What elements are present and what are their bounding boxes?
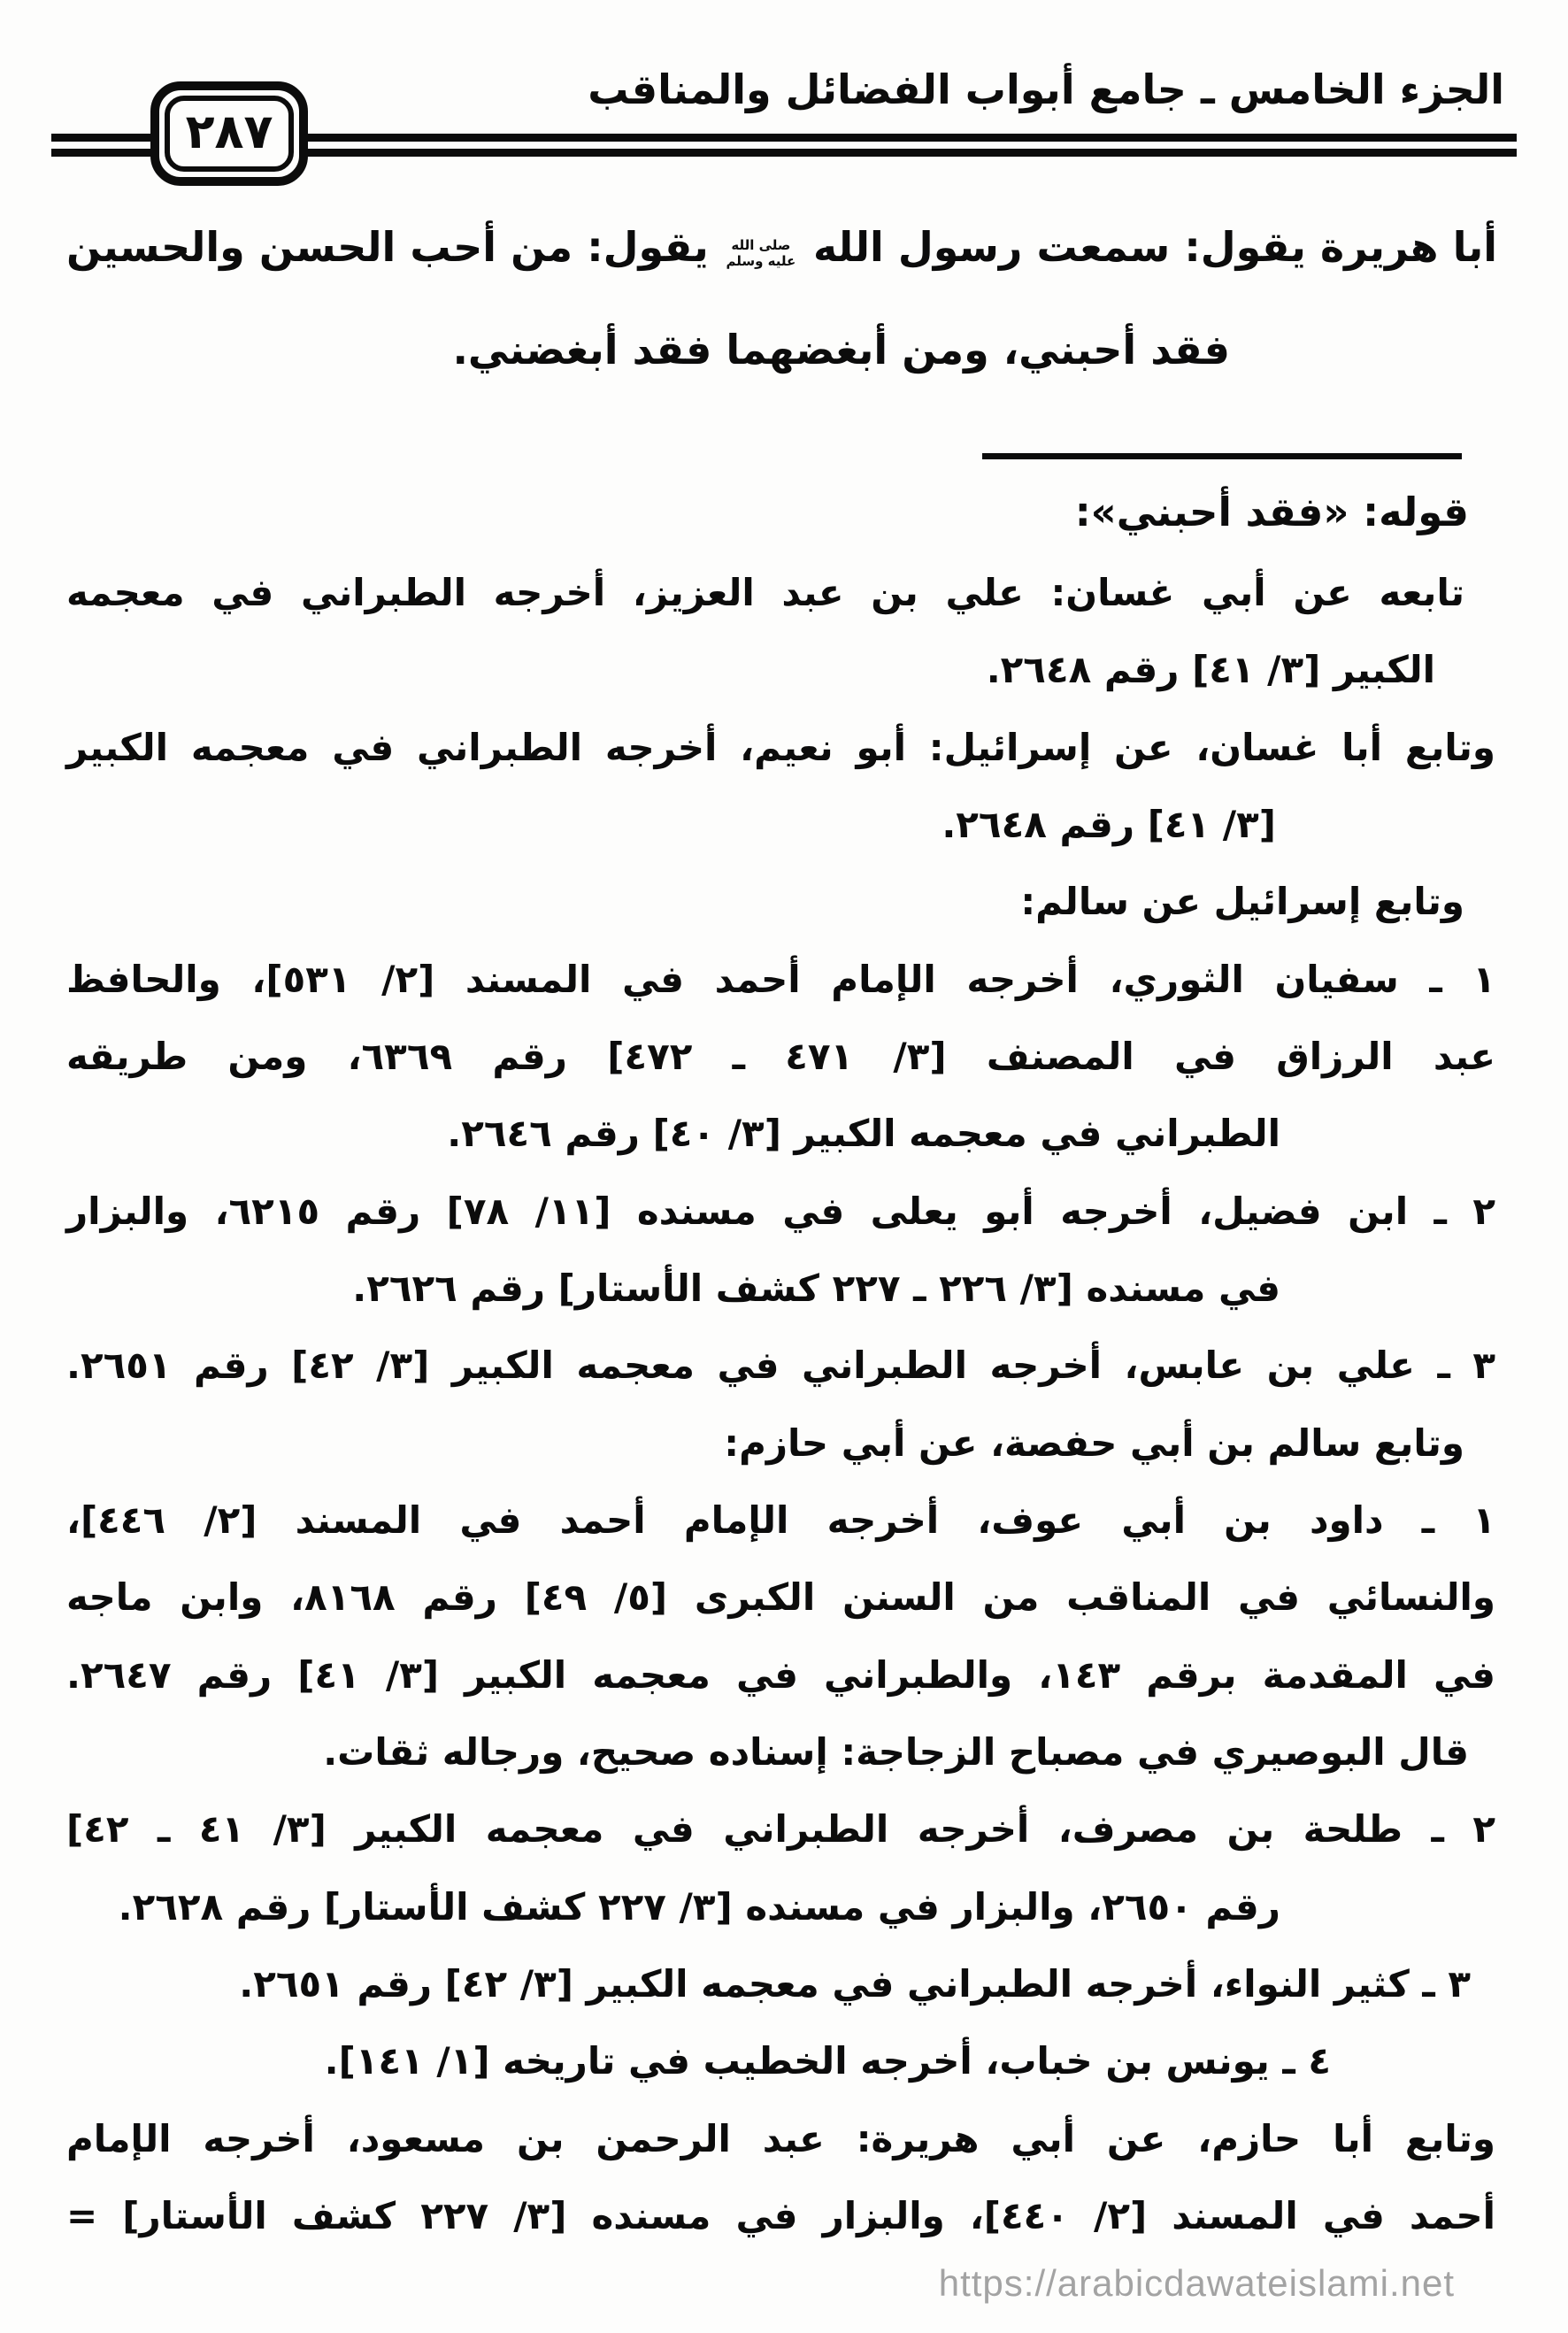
commentary-line: وتابع إسرائيل عن سالم: <box>1020 880 1464 923</box>
commentary-line: وتابع أبا غسان، عن إسرائيل: أبو نعيم، أخ… <box>66 726 1495 769</box>
commentary-line: ٢ ـ ابن فضيل، أخرجه أبو يعلى في مسنده [١… <box>66 1190 1495 1233</box>
hadith-line-1-before-seal: أبا هريرة يقول: سمعت رسول الله <box>813 223 1497 271</box>
commentary-line: ٣ ـ علي بن عابس، أخرجه الطبراني في معجمه… <box>66 1344 1495 1387</box>
commentary-line: الكبير [٣/ ٤١] رقم ٢٦٤٨. <box>987 648 1435 691</box>
hadith-line-2: فقد أحبني، ومن أبغضهما فقد أبغضني. <box>452 326 1230 373</box>
commentary-line: ٤ ـ يونس بن خباب، أخرجه الخطيب في تاريخه… <box>325 2039 1331 2083</box>
commentary-line: في المقدمة برقم ١٤٣، والطبراني في معجمه … <box>66 1653 1495 1697</box>
commentary-line: [٣/ ٤١] رقم ٢٦٤٨. <box>942 803 1276 846</box>
commentary-line: ٢ ـ طلحة بن مصرف، أخرجه الطبراني في معجم… <box>66 1807 1495 1851</box>
page-number-badge-inner: ٢٨٧ <box>165 96 294 172</box>
seal-line-2: عليه وسلم <box>726 254 796 269</box>
hadith-line-1: أبا هريرة يقول: سمعت رسول الله صلى الله … <box>66 223 1497 271</box>
commentary-line: ١ ـ سفيان الثوري، أخرجه الإمام أحمد في ا… <box>66 958 1495 1001</box>
commentary-line: تابعه عن أبي غسان: علي بن عبد العزيز، أخ… <box>66 571 1464 614</box>
commentary-line: قال البوصيري في مصباح الزجاجة: إسناده صح… <box>323 1730 1469 1774</box>
commentary-line: وتابع أبا حازم، عن أبي هريرة: عبد الرحمن… <box>66 2117 1495 2160</box>
commentary-line: ١ ـ داود بن أبي عوف، أخرجه الإمام أحمد ف… <box>66 1498 1495 1542</box>
hadith-line-1-after-seal: يقول: من أحب الحسن والحسين <box>66 223 709 271</box>
page-number-badge: ٢٨٧ <box>150 81 308 186</box>
seal-line-1: صلى الله <box>731 238 790 253</box>
watermark-url: https://arabicdawateislami.net <box>939 2262 1455 2305</box>
page-number: ٢٨٧ <box>186 108 273 156</box>
commentary-heading: قوله: «فقد أحبني»: <box>1075 489 1469 535</box>
commentary-line: أحمد في المسند [٢/ ٤٤٠]، والبزار في مسند… <box>66 2194 1495 2237</box>
commentary-line: والنسائي في المناقب من السنن الكبرى [٥/ … <box>66 1575 1495 1619</box>
page-title: الجزء الخامس ـ جامع أبواب الفضائل والمنا… <box>588 65 1504 113</box>
commentary-line: عبد الرزاق في المصنف [٣/ ٤٧١ ـ ٤٧٢] رقم … <box>66 1035 1495 1078</box>
commentary-line: في مسنده [٣/ ٢٢٦ ـ ٢٢٧ كشف الأستار] رقم … <box>352 1267 1280 1310</box>
book-page: الجزء الخامس ـ جامع أبواب الفضائل والمنا… <box>0 0 1568 2333</box>
commentary-line: الطبراني في معجمه الكبير [٣/ ٤٠] رقم ٢٦٤… <box>447 1112 1280 1155</box>
commentary-line: وتابع سالم بن أبي حفصة، عن أبي حازم: <box>724 1421 1464 1465</box>
section-separator-rule <box>982 453 1462 459</box>
salla-allahu-alayhi-wasallam-seal: صلى الله عليه وسلم <box>723 238 799 269</box>
commentary-line: ٣ ـ كثير النواء، أخرجه الطبراني في معجمه… <box>239 1962 1471 2006</box>
commentary-line: رقم ٢٦٥٠، والبزار في مسنده [٣/ ٢٢٧ كشف ا… <box>119 1885 1280 1929</box>
